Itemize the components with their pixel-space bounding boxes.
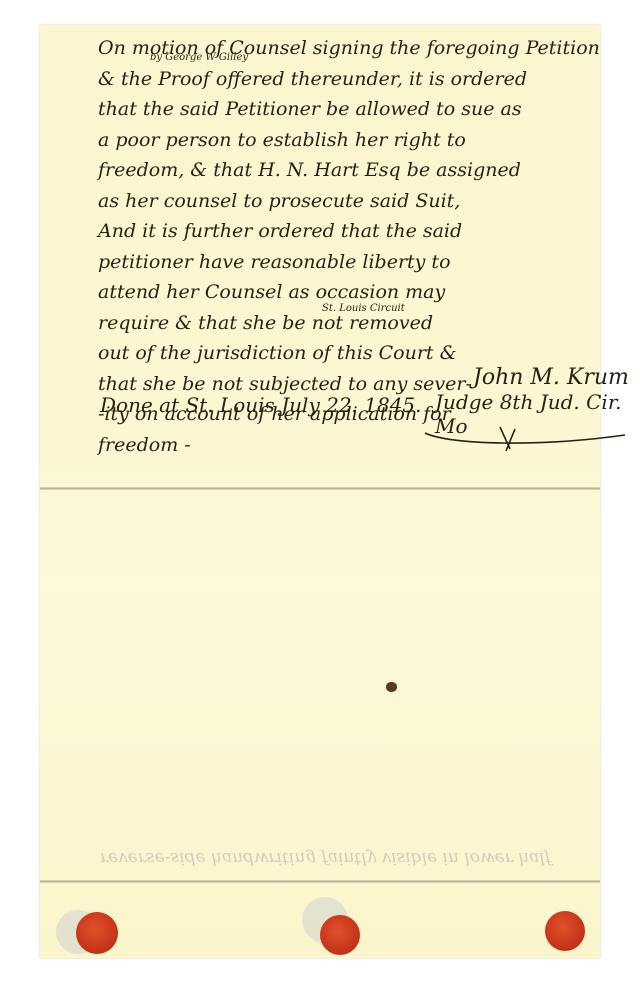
ink-stain bbox=[386, 682, 397, 692]
text-line: as her counsel to prosecute said Suit, bbox=[98, 186, 598, 217]
insertion-st-louis-circuit: St. Louis Circuit bbox=[322, 303, 405, 314]
text-line: out of the jurisdiction of this Court & bbox=[98, 338, 598, 369]
bleed-through-text: reverse-side handwriting faintly visible… bbox=[100, 545, 580, 875]
signature-flourish-icon bbox=[420, 423, 630, 453]
signature-name: John M. Krum bbox=[425, 365, 635, 390]
wax-seal-right bbox=[545, 911, 585, 951]
text-line: & the Proof offered thereunder, it is or… bbox=[98, 64, 598, 95]
text-line: that the said Petitioner be allowed to s… bbox=[98, 94, 598, 125]
text-line: freedom, & that H. N. Hart Esq be assign… bbox=[98, 155, 598, 186]
wax-seal-left bbox=[76, 912, 118, 954]
fold-line-top bbox=[40, 487, 600, 490]
document-page: reverse-side handwriting faintly visible… bbox=[40, 25, 600, 958]
text-line: a poor person to establish her right to bbox=[98, 125, 598, 156]
fold-line-bottom bbox=[40, 880, 600, 883]
insertion-by-george: by George W Gilley bbox=[150, 52, 248, 63]
date-line: Done at St. Louis July 22. 1845. bbox=[100, 393, 422, 417]
text-line: And it is further ordered that the said bbox=[98, 216, 598, 247]
wax-seal-center bbox=[320, 915, 360, 955]
text-line: petitioner have reasonable liberty to bbox=[98, 247, 598, 278]
